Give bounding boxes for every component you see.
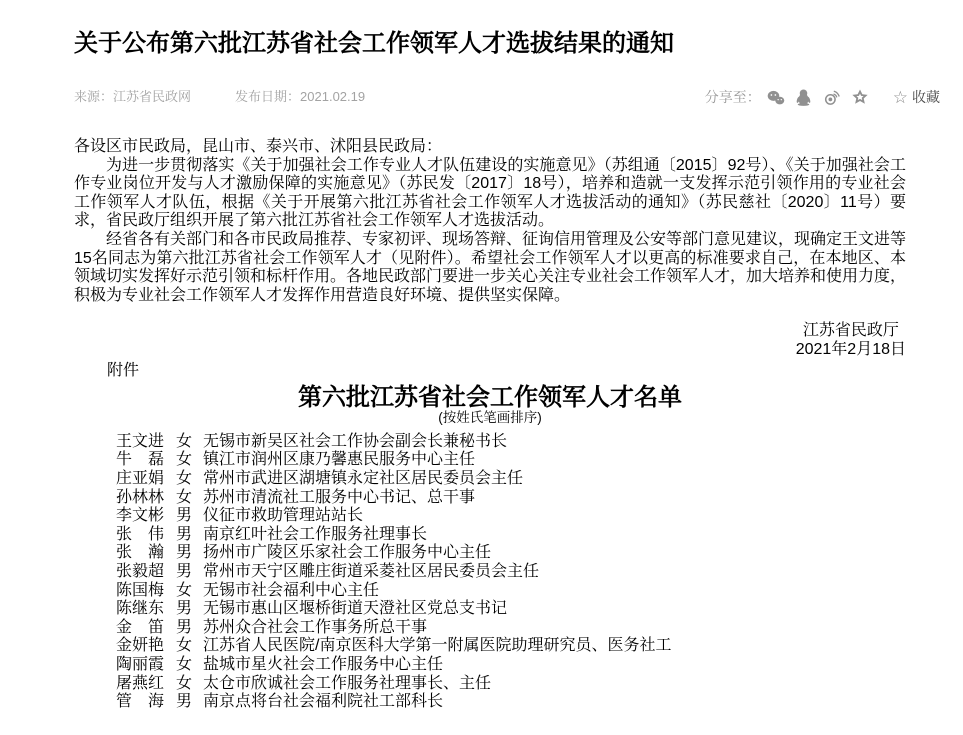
list-item: 王文进女无锡市新吴区社会工作协会副会长兼秘书长 (116, 433, 906, 452)
talent-position: 镇江市润州区康乃馨惠民服务中心主任 (203, 451, 475, 468)
signature-org: 江苏省民政厅 (796, 321, 906, 340)
talent-position: 无锡市惠山区堰桥街道天澄社区党总支书记 (203, 600, 507, 617)
talent-name: 张 瀚 (116, 544, 164, 563)
talent-name: 王文进 (116, 433, 164, 452)
list-item: 张毅超男常州市天宁区雕庄街道采菱社区居民委员会主任 (116, 563, 906, 582)
talent-gender: 女 (176, 656, 192, 673)
talent-position: 太仓市欣诚社会工作服务社理事长、主任 (203, 675, 491, 692)
talent-position: 南京点将台社会福利院社工部科长 (203, 693, 443, 710)
talent-gender: 女 (176, 582, 192, 599)
talent-position: 江苏省人民医院/南京医科大学第一附属医院助理研究员、医务社工 (203, 637, 671, 654)
list-item: 陈国梅女无锡市社会福利中心主任 (116, 582, 906, 601)
favorite-button[interactable]: ☆ 收藏 (893, 88, 940, 106)
weibo-icon[interactable] (823, 88, 841, 106)
list-item: 陶丽霞女盐城市星火社会工作服务中心主任 (116, 656, 906, 675)
talent-position: 扬州市广陵区乐家社会工作服务中心主任 (203, 544, 491, 561)
talent-name: 孙林林 (116, 489, 164, 508)
talent-position: 南京红叶社会工作服务社理事长 (203, 526, 427, 543)
list-item: 管 海男南京点将台社会福利院社工部科长 (116, 693, 906, 712)
attachment-subtitle: (按姓氏笔画排序) (74, 411, 906, 425)
article-body: 各设区市民政局，昆山市、泰兴市、沭阳县民政局： 为进一步贯彻落实《关于加强社会工… (74, 138, 906, 712)
share-label: 分享至： (705, 88, 761, 106)
favorite-label: 收藏 (912, 88, 940, 106)
talent-gender: 女 (176, 637, 192, 654)
share-icon-group (767, 88, 879, 106)
talent-position: 仪征市救助管理站站长 (203, 507, 363, 524)
talent-gender: 女 (176, 433, 192, 450)
talent-name: 金 笛 (116, 619, 164, 638)
talent-gender: 男 (176, 526, 192, 543)
list-item: 李文彬男仪征市救助管理站站长 (116, 507, 906, 526)
talent-name: 李文彬 (116, 507, 164, 526)
paragraph-basis: 为进一步贯彻落实《关于加强社会工作专业人才队伍建设的实施意见》（苏组通〔2015… (74, 157, 906, 231)
list-item: 金妍艳女江苏省人民医院/南京医科大学第一附属医院助理研究员、医务社工 (116, 637, 906, 656)
attachment-title: 第六批江苏省社会工作领军人才名单 (74, 385, 906, 411)
star-icon: ☆ (893, 89, 908, 106)
list-item: 金 笛男苏州众合社会工作事务所总干事 (116, 619, 906, 638)
list-item: 陈继东男无锡市惠山区堰桥街道天澄社区党总支书记 (116, 600, 906, 619)
signature-block: 江苏省民政厅 2021年2月18日 (796, 321, 906, 359)
talent-gender: 女 (176, 451, 192, 468)
list-item: 牛 磊女镇江市润州区康乃馨惠民服务中心主任 (116, 451, 906, 470)
paragraph-result: 经省各有关部门和各市民政局推荐、专家初评、现场答辩、征询信用管理及公安等部门意见… (74, 231, 906, 305)
talent-name: 陈继东 (116, 600, 164, 619)
talent-name: 庄亚娟 (116, 470, 164, 489)
publish-date-value: 2021.02.19 (300, 89, 365, 104)
page-title: 关于公布第六批江苏省社会工作领军人才选拔结果的通知 (74, 30, 906, 58)
source-value: 江苏省民政网 (113, 89, 191, 104)
list-item: 屠燕红女太仓市欣诚社会工作服务社理事长、主任 (116, 675, 906, 694)
talent-name: 陶丽霞 (116, 656, 164, 675)
talent-position: 苏州众合社会工作事务所总干事 (203, 619, 427, 636)
source-label: 来源： (74, 89, 113, 104)
paragraph-salutation: 各设区市民政局，昆山市、泰兴市、沭阳县民政局： (74, 138, 906, 157)
meta-source-date: 来源：江苏省民政网发布日期：2021.02.19 (74, 88, 365, 106)
talent-name: 张毅超 (116, 563, 164, 582)
attachment-label: 附件 (107, 362, 906, 381)
talent-gender: 女 (176, 675, 192, 692)
share-bar: 分享至： (705, 88, 940, 106)
meta-bar: 来源：江苏省民政网发布日期：2021.02.19 分享至： (74, 88, 940, 106)
talent-gender: 男 (176, 693, 192, 710)
talent-list: 王文进女无锡市新吴区社会工作协会副会长兼秘书长 牛 磊女镇江市润州区康乃馨惠民服… (116, 433, 906, 712)
talent-position: 盐城市星火社会工作服务中心主任 (203, 656, 443, 673)
article-page: 关于公布第六批江苏省社会工作领军人才选拔结果的通知 来源：江苏省民政网发布日期：… (0, 30, 963, 712)
talent-position: 苏州市清流社工服务中心书记、总干事 (203, 489, 475, 506)
talent-gender: 男 (176, 563, 192, 580)
list-item: 张 伟男南京红叶社会工作服务社理事长 (116, 526, 906, 545)
talent-name: 张 伟 (116, 526, 164, 545)
talent-name: 屠燕红 (116, 675, 164, 694)
talent-name: 陈国梅 (116, 582, 164, 601)
talent-position: 常州市天宁区雕庄街道采菱社区居民委员会主任 (203, 563, 539, 580)
signature-date: 2021年2月18日 (796, 340, 906, 359)
talent-position: 常州市武进区湖塘镇永定社区居民委员会主任 (203, 470, 523, 487)
talent-name: 金妍艳 (116, 637, 164, 656)
talent-position: 无锡市社会福利中心主任 (203, 582, 379, 599)
wechat-icon[interactable] (767, 88, 785, 106)
list-item: 张 瀚男扬州市广陵区乐家社会工作服务中心主任 (116, 544, 906, 563)
talent-gender: 女 (176, 470, 192, 487)
talent-gender: 男 (176, 600, 192, 617)
publish-date-label: 发布日期： (235, 89, 300, 104)
talent-gender: 男 (176, 544, 192, 561)
talent-gender: 女 (176, 489, 192, 506)
talent-name: 牛 磊 (116, 451, 164, 470)
list-item: 孙林林女苏州市清流社工服务中心书记、总干事 (116, 489, 906, 508)
talent-name: 管 海 (116, 693, 164, 712)
qq-icon[interactable] (795, 88, 813, 106)
qzone-star-icon[interactable] (851, 88, 869, 106)
talent-gender: 男 (176, 619, 192, 636)
talent-gender: 男 (176, 507, 192, 524)
list-item: 庄亚娟女常州市武进区湖塘镇永定社区居民委员会主任 (116, 470, 906, 489)
talent-position: 无锡市新吴区社会工作协会副会长兼秘书长 (203, 433, 507, 450)
